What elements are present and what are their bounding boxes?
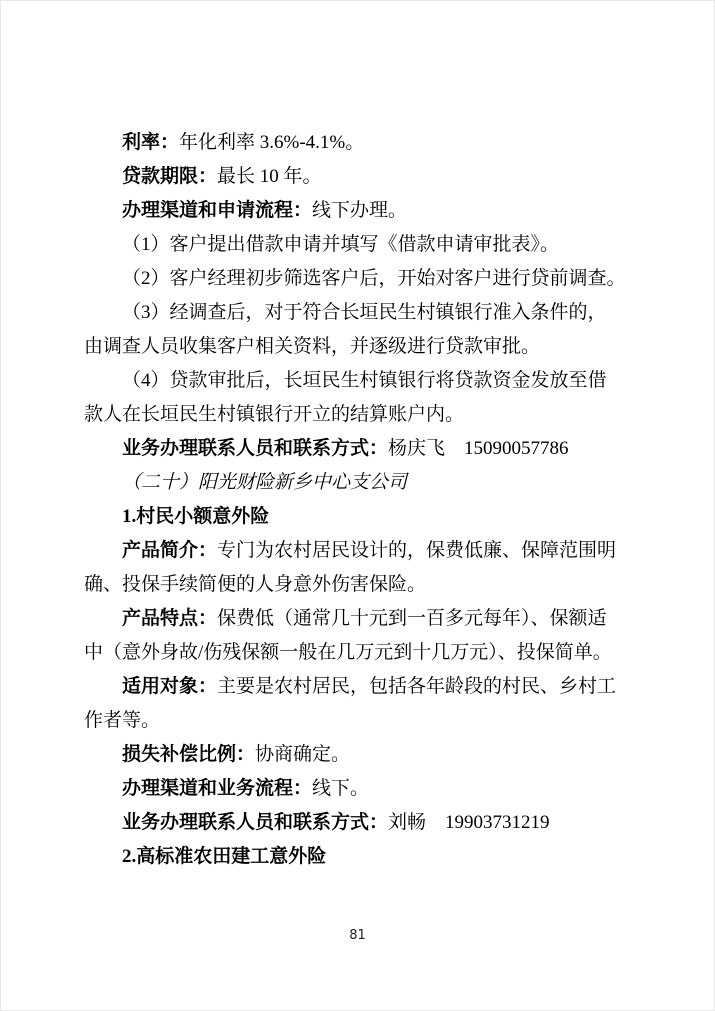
field-label: 办理渠道和业务流程：: [122, 778, 312, 799]
field-value: 杨庆飞 15090057786: [388, 438, 569, 459]
para-channel-business-process: 办理渠道和业务流程：线下。: [84, 772, 644, 806]
field-label: 损失补偿比例：: [122, 744, 255, 765]
field-value: （1）客户提出借款申请并填写《借款申请审批表》。: [122, 234, 559, 255]
para-interest-rate: 利率：年化利率 3.6%-4.1%。: [84, 126, 644, 160]
document-page: 利率：年化利率 3.6%-4.1%。 贷款期限：最长 10 年。 办理渠道和申请…: [0, 0, 715, 1011]
para-step-1: （1）客户提出借款申请并填写《借款申请审批表》。: [84, 228, 644, 262]
field-value: 协商确定。: [255, 744, 350, 765]
field-value: 年化利率 3.6%-4.1%。: [179, 132, 364, 153]
heading-product-1: 1.村民小额意外险: [84, 500, 644, 534]
field-value: 最长 10 年。: [217, 166, 322, 187]
heading-label: 2.高标准农田建工意外险: [122, 846, 326, 867]
para-channel-application-process: 办理渠道和申请流程：线下办理。: [84, 194, 644, 228]
para-loan-term: 贷款期限：最长 10 年。: [84, 160, 644, 194]
para-company-section-heading: （二十）阳光财险新乡中心支公司: [84, 466, 644, 500]
field-label: 适用对象：: [122, 676, 217, 697]
field-value: （3）经调查后，对于符合长垣民生村镇银行准入条件的， 由调查人员收集客户相关资料…: [84, 302, 607, 357]
para-contact-liuchang: 业务办理联系人员和联系方式：刘畅 19903731219: [84, 806, 644, 840]
para-step-2: （2）客户经理初步筛选客户后，开始对客户进行贷前调查。: [84, 262, 644, 296]
heading-product-2: 2.高标准农田建工意外险: [84, 840, 644, 874]
field-label: 办理渠道和申请流程：: [122, 200, 312, 221]
para-product-intro: 产品简介：专门为农村居民设计的，保费低廉、保障范围明 确、投保手续简便的人身意外…: [84, 534, 644, 602]
field-value: （二十）阳光财险新乡中心支公司: [122, 472, 407, 493]
page-number: 81: [0, 928, 715, 943]
field-value: 线下办理。: [312, 200, 407, 221]
para-loss-compensation: 损失补偿比例：协商确定。: [84, 738, 644, 772]
heading-label: 1.村民小额意外险: [122, 506, 269, 527]
para-product-features: 产品特点：保费低（通常几十元到一百多元每年）、保额适 中（意外身故/伤残保额一般…: [84, 602, 644, 670]
field-value: 线下。: [312, 778, 369, 799]
field-value: （4）贷款审批后，长垣民生村镇银行将贷款资金发放至借 款人在长垣民生村镇银行开立…: [84, 370, 607, 425]
field-label: 贷款期限：: [122, 166, 217, 187]
field-label: 产品简介：: [122, 540, 217, 561]
field-label: 业务办理联系人员和联系方式：: [122, 812, 388, 833]
para-step-3: （3）经调查后，对于符合长垣民生村镇银行准入条件的， 由调查人员收集客户相关资料…: [84, 296, 644, 364]
field-value: （2）客户经理初步筛选客户后，开始对客户进行贷前调查。: [122, 268, 626, 289]
document-body: 利率：年化利率 3.6%-4.1%。 贷款期限：最长 10 年。 办理渠道和申请…: [84, 126, 644, 874]
field-label: 利率：: [122, 132, 179, 153]
para-contact-yangqingfei: 业务办理联系人员和联系方式：杨庆飞 15090057786: [84, 432, 644, 466]
field-label: 业务办理联系人员和联系方式：: [122, 438, 388, 459]
para-step-4: （4）贷款审批后，长垣民生村镇银行将贷款资金发放至借 款人在长垣民生村镇银行开立…: [84, 364, 644, 432]
field-label: 产品特点：: [122, 608, 217, 629]
field-value: 刘畅 19903731219: [388, 812, 550, 833]
para-target-users: 适用对象：主要是农村居民，包括各年龄段的村民、乡村工 作者等。: [84, 670, 644, 738]
